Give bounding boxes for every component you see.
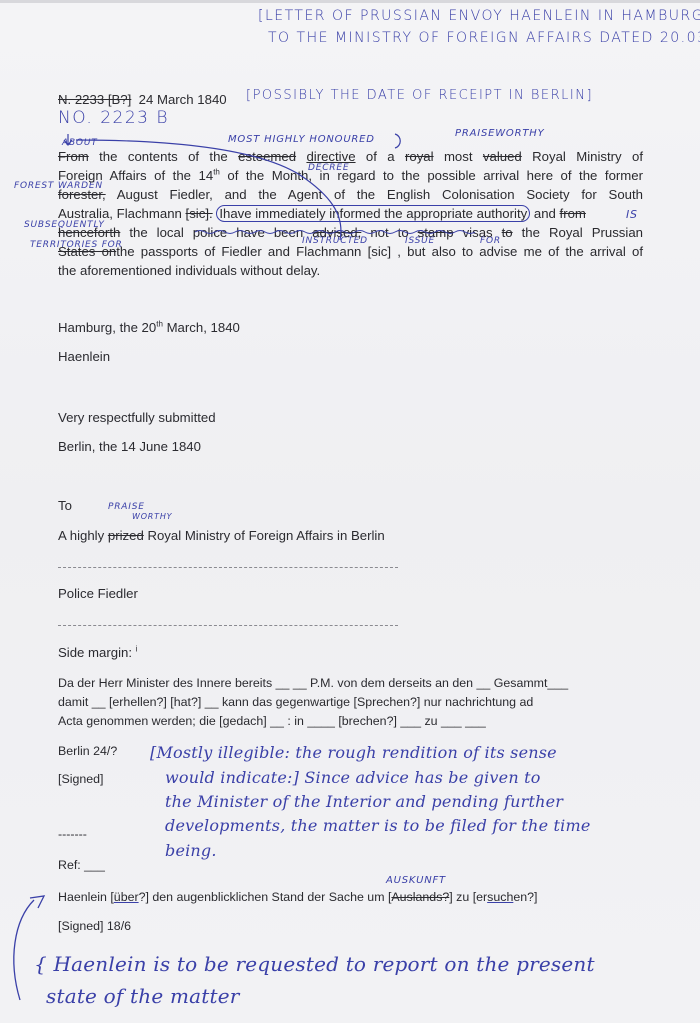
handwritten-translation-line-1: [Mostly illegible: the rough rendition o…: [150, 743, 557, 762]
header-note-line-1: [LETTER OF PRUSSIAN ENVOY HAENLEIN IN HA…: [258, 8, 700, 24]
text: ?] den augenblicklichen Stand der Sache …: [139, 890, 392, 904]
minute-place: Berlin 24/?: [58, 743, 117, 759]
footnote-mark: i: [136, 645, 138, 654]
body-line-6: States onthe passports of Fiedler and Fl…: [58, 242, 643, 261]
struck-from: From: [58, 149, 89, 164]
text: Side margin:: [58, 645, 132, 660]
text: Australia, Flachmann: [58, 206, 186, 221]
addressee-line: A highly prized Royal Ministry of Foreig…: [58, 528, 385, 544]
minute-signed: [Signed]: [58, 771, 103, 787]
submission-line-2: Berlin, the 14 June 1840: [58, 439, 201, 455]
text: en?]: [513, 890, 537, 904]
handwritten-translation-line-3: the Minister of the Interior and pending…: [165, 792, 563, 811]
reference-note: [POSSIBLY THE DATE OF RECEIPT IN BERLIN]: [246, 88, 593, 103]
struck-henceforth: henceforth: [58, 225, 120, 240]
submission-line-1: Very respectfully submitted: [58, 410, 216, 426]
handwritten-translation-line-4: developments, the matter is to be filed …: [165, 816, 591, 835]
divider-dashes-2: [58, 625, 398, 626]
instruction-signed: [Signed] 18/6: [58, 918, 131, 934]
body-line-7: the aforementioned individuals without d…: [58, 261, 643, 280]
letter-body: From the contents of the esteemed direct…: [58, 147, 643, 280]
annotation-worthy: WORTHY: [132, 512, 172, 521]
annotation-most-highly-honoured: MOST HIGHLY HONOURED: [228, 134, 375, 145]
text: and: [530, 206, 559, 221]
addressee-to: To: [58, 498, 72, 514]
text: A highly: [58, 528, 108, 543]
text: August Fiedler, and the Agent of the Eng…: [106, 187, 643, 202]
underlined-such: such: [487, 890, 513, 904]
page-top-edge: [0, 0, 700, 3]
struck-prized: prized: [108, 528, 144, 543]
text: Foreign Affairs of the 14: [58, 168, 213, 183]
german-line-1: Da der Herr Minister des Innere bereits …: [58, 675, 568, 691]
superscript: th: [213, 168, 220, 177]
underlined-uber: über: [114, 890, 139, 904]
handwritten-translation-line-2: would indicate:] Since advice has be giv…: [165, 768, 541, 787]
superscript: th: [156, 320, 163, 329]
side-margin-label: Side margin: i: [58, 645, 138, 661]
text: Haenlein [: [58, 890, 114, 904]
text: Hamburg, the 20: [58, 320, 156, 335]
handwritten-translation-line-5: being.: [165, 841, 217, 860]
struck-advised: advised,: [312, 225, 361, 240]
annotation-praise: PRAISE: [108, 502, 145, 512]
closing-place-date: Hamburg, the 20th March, 1840: [58, 320, 240, 336]
text: the contents of the: [89, 149, 238, 164]
final-translation-line-2: state of the matter: [46, 984, 240, 1008]
text: ] zu [er: [449, 890, 487, 904]
text: of the Month, in regard to the possible …: [220, 168, 643, 183]
struck-to: to: [502, 225, 513, 240]
text: the local police have been: [120, 225, 312, 240]
divider-dashes-1: [58, 567, 398, 568]
final-translation-line-1: { Haenlein is to be requested to report …: [34, 952, 595, 976]
text: March, 1840: [163, 320, 240, 335]
minute-ref: Ref: ___: [58, 857, 105, 873]
struck-forester: forester,: [58, 187, 106, 202]
text: [296, 149, 306, 164]
header-note-line-2: TO THE MINISTRY OF FOREIGN AFFAIRS DATED…: [268, 30, 700, 46]
struck-auslands: Auslands?: [391, 890, 449, 904]
struck-from-2: from: [560, 206, 586, 221]
struck-valued: valued: [483, 149, 522, 164]
struck-royal: royal: [405, 149, 434, 164]
text: Royal Ministry of: [522, 149, 643, 164]
corrected-reference-number: NO. 2223 B: [58, 108, 169, 128]
body-line-3: forester, August Fiedler, and the Agent …: [58, 185, 643, 204]
struck-reference-number: N. 2233 [B?]: [58, 92, 131, 107]
closing-signature: Haenlein: [58, 349, 110, 365]
text: not to: [361, 225, 417, 240]
reference-date: 24 March 1840: [139, 92, 227, 107]
text: of a: [356, 149, 405, 164]
struck-esteemed: esteemed: [238, 149, 296, 164]
text: visas: [454, 225, 502, 240]
scanned-document-page: [LETTER OF PRUSSIAN ENVOY HAENLEIN IN HA…: [0, 0, 700, 1023]
text: most: [434, 149, 483, 164]
german-line-2: damit __ [erhellen?] [hat?] __ kann das …: [58, 694, 533, 710]
minute-dashes: -------: [58, 826, 87, 842]
text: Royal Ministry of Foreign Affairs in Ber…: [144, 528, 385, 543]
body-line-4: Australia, Flachmann [sic]. Ihave immedi…: [58, 204, 643, 223]
circled-phrase: Ihave immediately informed the appropria…: [216, 205, 530, 222]
struck-states-on: States on: [58, 244, 116, 259]
text: the passports of Fiedler and Flachmann […: [116, 244, 643, 259]
annotation-praiseworthy: PRAISEWORTHY: [455, 128, 544, 139]
body-line-5: henceforth the local police have been ad…: [58, 223, 643, 242]
reference-line: N. 2233 [B?] 24 March 1840: [58, 92, 227, 108]
body-line-2: Foreign Affairs of the 14th of the Month…: [58, 166, 643, 185]
struck-sic: [sic].: [186, 206, 213, 221]
struck-stamp: stamp: [418, 225, 454, 240]
underlined-directive: directive: [306, 149, 355, 164]
body-line-1: From the contents of the esteemed direct…: [58, 147, 643, 166]
german-line-3: Acta genommen werden; die [gedach] __ : …: [58, 713, 486, 729]
instruction-line: Haenlein [über?] den augenblicklichen St…: [58, 889, 537, 905]
text: the Royal Prussian: [513, 225, 643, 240]
annotation-auskunft: AUSKUNFT: [386, 875, 446, 886]
subject-line: Police Fiedler: [58, 586, 138, 602]
